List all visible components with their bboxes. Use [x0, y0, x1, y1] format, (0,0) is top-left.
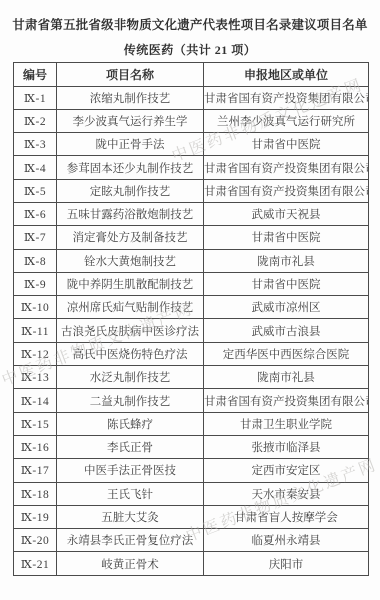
row-reporting-unit: 甘肃省国有资产投资集团有限公司 [204, 179, 369, 202]
table-header-row: 编号 项目名称 申报地区或单位 [14, 63, 369, 87]
table-row: Ⅸ-10凉州席氏疝气贴制作技艺武威市凉州区 [14, 296, 369, 319]
row-number: Ⅸ-3 [14, 133, 57, 156]
table-row: Ⅸ-19五脏大艾灸甘肃省盲人按摩学会 [14, 505, 369, 528]
row-number: Ⅸ-8 [14, 249, 57, 272]
row-number: Ⅸ-15 [14, 412, 57, 435]
table-row: Ⅸ-9陇中养阴生肌散配制技艺甘肃省中医院 [14, 272, 369, 295]
row-reporting-unit: 临夏州永靖县 [204, 529, 369, 552]
row-number: Ⅸ-16 [14, 435, 57, 458]
table-row: Ⅸ-21岐黄正骨术庆阳市 [14, 552, 369, 575]
row-reporting-unit: 甘肃省国有资产投资集团有限公司 [204, 156, 369, 179]
header-project-name: 项目名称 [57, 63, 204, 87]
row-reporting-unit: 天水市秦安县 [204, 482, 369, 505]
row-number: Ⅸ-19 [14, 505, 57, 528]
table-row: Ⅸ-2李少波真气运行养生学兰州李少波真气运行研究所 [14, 109, 369, 132]
row-reporting-unit: 陇南市礼县 [204, 249, 369, 272]
table-row: Ⅸ-14二益丸制作技艺甘肃省国有资产投资集团有限公司 [14, 389, 369, 412]
table-row: Ⅸ-1浓缩丸制作技艺甘肃省国有资产投资集团有限公司 [14, 86, 369, 109]
row-number: Ⅸ-6 [14, 202, 57, 225]
row-project-name: 中医手法正骨医技 [57, 459, 204, 482]
table-row: Ⅸ-7消定膏处方及制备技艺甘肃省中医院 [14, 226, 369, 249]
row-number: Ⅸ-18 [14, 482, 57, 505]
row-number: Ⅸ-17 [14, 459, 57, 482]
table-row: Ⅸ-5定眩丸制作技艺甘肃省国有资产投资集团有限公司 [14, 179, 369, 202]
row-project-name: 浓缩丸制作技艺 [57, 86, 204, 109]
table-row: Ⅸ-8铨水大黄炮制技艺陇南市礼县 [14, 249, 369, 272]
row-project-name: 王氏飞针 [57, 482, 204, 505]
table-row: Ⅸ-12高氏中医烧伤特色疗法定西华医中西医综合医院 [14, 342, 369, 365]
row-reporting-unit: 武威市古浪县 [204, 319, 369, 342]
row-reporting-unit: 甘肃省国有资产投资集团有限公司 [204, 86, 369, 109]
row-number: Ⅸ-9 [14, 272, 57, 295]
row-reporting-unit: 张掖市临泽县 [204, 435, 369, 458]
row-reporting-unit: 甘肃卫生职业学院 [204, 412, 369, 435]
row-reporting-unit: 甘肃省中医院 [204, 272, 369, 295]
row-number: Ⅸ-11 [14, 319, 57, 342]
table-row: Ⅸ-17中医手法正骨医技定西市安定区 [14, 459, 369, 482]
row-project-name: 永靖县李氏正骨复位疗法 [57, 529, 204, 552]
document-title: 甘肃省第五批省级非物质文化遗产代表性项目名录建议项目名单 [0, 15, 380, 33]
row-project-name: 陈氏蜂疗 [57, 412, 204, 435]
row-number: Ⅸ-12 [14, 342, 57, 365]
table-body: Ⅸ-1浓缩丸制作技艺甘肃省国有资产投资集团有限公司Ⅸ-2李少波真气运行养生学兰州… [14, 86, 369, 575]
row-project-name: 陇中正骨手法 [57, 133, 204, 156]
table-header: 编号 项目名称 申报地区或单位 [14, 63, 369, 87]
row-project-name: 消定膏处方及制备技艺 [57, 226, 204, 249]
table-row: Ⅸ-20永靖县李氏正骨复位疗法临夏州永靖县 [14, 529, 369, 552]
row-reporting-unit: 陇南市礼县 [204, 366, 369, 389]
row-number: Ⅸ-7 [14, 226, 57, 249]
row-number: Ⅸ-4 [14, 156, 57, 179]
row-reporting-unit: 甘肃省国有资产投资集团有限公司 [204, 389, 369, 412]
row-project-name: 高氏中医烧伤特色疗法 [57, 342, 204, 365]
table-row: Ⅸ-16李氏正骨张掖市临泽县 [14, 435, 369, 458]
header-reporting-unit: 申报地区或单位 [204, 63, 369, 87]
row-reporting-unit: 武威市凉州区 [204, 296, 369, 319]
table-row: Ⅸ-3陇中正骨手法甘肃省中医院 [14, 133, 369, 156]
document-subtitle: 传统医药（共计 21 项） [0, 41, 380, 58]
table-row: Ⅸ-15陈氏蜂疗甘肃卫生职业学院 [14, 412, 369, 435]
row-project-name: 五味甘露药浴散炮制技艺 [57, 202, 204, 225]
row-number: Ⅸ-21 [14, 552, 57, 575]
row-project-name: 李少波真气运行养生学 [57, 109, 204, 132]
table-row: Ⅸ-18王氏飞针天水市秦安县 [14, 482, 369, 505]
row-number: Ⅸ-2 [14, 109, 57, 132]
row-reporting-unit: 甘肃省中医院 [204, 226, 369, 249]
row-reporting-unit: 定西市安定区 [204, 459, 369, 482]
row-number: Ⅸ-5 [14, 179, 57, 202]
row-reporting-unit: 武威市天祝县 [204, 202, 369, 225]
row-reporting-unit: 兰州李少波真气运行研究所 [204, 109, 369, 132]
row-project-name: 铨水大黄炮制技艺 [57, 249, 204, 272]
table-row: Ⅸ-11古浪尧氏皮肤病中医诊疗法武威市古浪县 [14, 319, 369, 342]
row-project-name: 水泛丸制作技艺 [57, 366, 204, 389]
row-reporting-unit: 甘肃省盲人按摩学会 [204, 505, 369, 528]
row-reporting-unit: 庆阳市 [204, 552, 369, 575]
row-number: Ⅸ-20 [14, 529, 57, 552]
row-project-name: 定眩丸制作技艺 [57, 179, 204, 202]
table-row: Ⅸ-6五味甘露药浴散炮制技艺武威市天祝县 [14, 202, 369, 225]
heritage-projects-table: 编号 项目名称 申报地区或单位 Ⅸ-1浓缩丸制作技艺甘肃省国有资产投资集团有限公… [13, 62, 369, 576]
row-reporting-unit: 甘肃省中医院 [204, 133, 369, 156]
row-number: Ⅸ-13 [14, 366, 57, 389]
row-project-name: 李氏正骨 [57, 435, 204, 458]
table-row: Ⅸ-4参茸固本还少丸制作技艺甘肃省国有资产投资集团有限公司 [14, 156, 369, 179]
row-number: Ⅸ-1 [14, 86, 57, 109]
row-project-name: 岐黄正骨术 [57, 552, 204, 575]
header-number: 编号 [14, 63, 57, 87]
row-number: Ⅸ-14 [14, 389, 57, 412]
row-project-name: 古浪尧氏皮肤病中医诊疗法 [57, 319, 204, 342]
row-reporting-unit: 定西华医中西医综合医院 [204, 342, 369, 365]
row-project-name: 凉州席氏疝气贴制作技艺 [57, 296, 204, 319]
row-project-name: 二益丸制作技艺 [57, 389, 204, 412]
row-project-name: 陇中养阴生肌散配制技艺 [57, 272, 204, 295]
row-project-name: 参茸固本还少丸制作技艺 [57, 156, 204, 179]
document-page: 甘肃省第五批省级非物质文化遗产代表性项目名录建议项目名单 传统医药（共计 21 … [0, 0, 380, 600]
row-number: Ⅸ-10 [14, 296, 57, 319]
table-row: Ⅸ-13水泛丸制作技艺陇南市礼县 [14, 366, 369, 389]
row-project-name: 五脏大艾灸 [57, 505, 204, 528]
